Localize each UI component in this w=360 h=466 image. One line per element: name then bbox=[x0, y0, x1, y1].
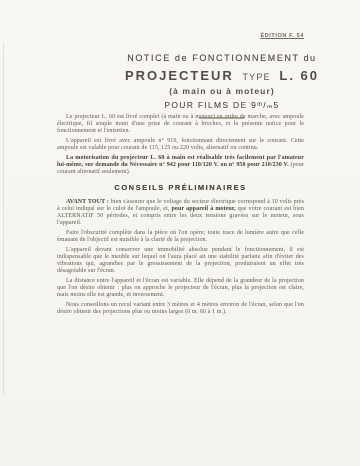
paragraph: AVANT TOUT : bien s'assurer que le volta… bbox=[57, 199, 304, 227]
edition-label: ÉDITION F. 54 bbox=[260, 33, 304, 39]
text-segment: Faire l'obscurité complète dans la pièce… bbox=[57, 230, 304, 243]
paragraph: Faire l'obscurité complète dans la pièce… bbox=[57, 230, 304, 244]
notice-title-line: NOTICE de FONCTIONNEMENT du bbox=[84, 53, 360, 63]
section-paragraphs: AVANT TOUT : bien s'assurer que le volta… bbox=[57, 199, 304, 316]
scanned-manual-page: ÉDITION F. 54 NOTICE de FONCTIONNEMENT d… bbox=[0, 0, 360, 466]
text-segment: L'appareil devant conserver une immobili… bbox=[57, 247, 304, 274]
product-name: PROJECTEUR bbox=[125, 68, 234, 83]
film-format-line: POUR FILMS DE 9ᵐ/ₘ5 bbox=[84, 100, 360, 111]
section-heading: CONSEILS PRÉLIMINAIRES bbox=[57, 184, 304, 193]
title-block: NOTICE de FONCTIONNEMENT du PROJECTEUR T… bbox=[84, 53, 360, 119]
intro-paragraphs: Le projecteur L. 60 est livré complet (à… bbox=[57, 114, 304, 176]
paragraph: La distance entre l'appareil et l'écran … bbox=[57, 278, 304, 299]
body-text-column: Le projecteur L. 60 est livré complet (à… bbox=[57, 114, 304, 319]
bold-text-segment: AVANT TOUT : bbox=[66, 199, 109, 205]
scan-edge-line bbox=[3, 42, 4, 396]
paragraph: La motorisation du projecteur L. 60 à ma… bbox=[57, 155, 304, 176]
bold-text-segment: pour appareil à moteur, bbox=[171, 206, 235, 212]
product-title-line: PROJECTEUR TYPE L. 60 bbox=[84, 68, 360, 83]
text-segment: L'appareil est livré avec ampoule n° 910… bbox=[57, 138, 304, 151]
paragraph: L'appareil devant conserver une immobili… bbox=[57, 247, 304, 275]
text-segment: Nous conseillons un recul variant entre … bbox=[57, 302, 304, 315]
text-segment: Le projecteur L. 60 est livré complet (à… bbox=[57, 114, 304, 134]
text-segment: La distance entre l'appareil et l'écran … bbox=[57, 278, 304, 298]
paragraph: Le projecteur L. 60 est livré complet (à… bbox=[57, 114, 304, 135]
paragraph: L'appareil est livré avec ampoule n° 910… bbox=[57, 138, 304, 152]
type-label: TYPE bbox=[242, 72, 270, 82]
paragraph: Nous conseillons un recul variant entre … bbox=[57, 302, 304, 316]
model-number: L. 60 bbox=[279, 68, 319, 83]
variant-line: (à main ou à moteur) bbox=[84, 86, 360, 96]
bold-text-segment: La motorisation du projecteur L. 60 à ma… bbox=[57, 155, 304, 168]
